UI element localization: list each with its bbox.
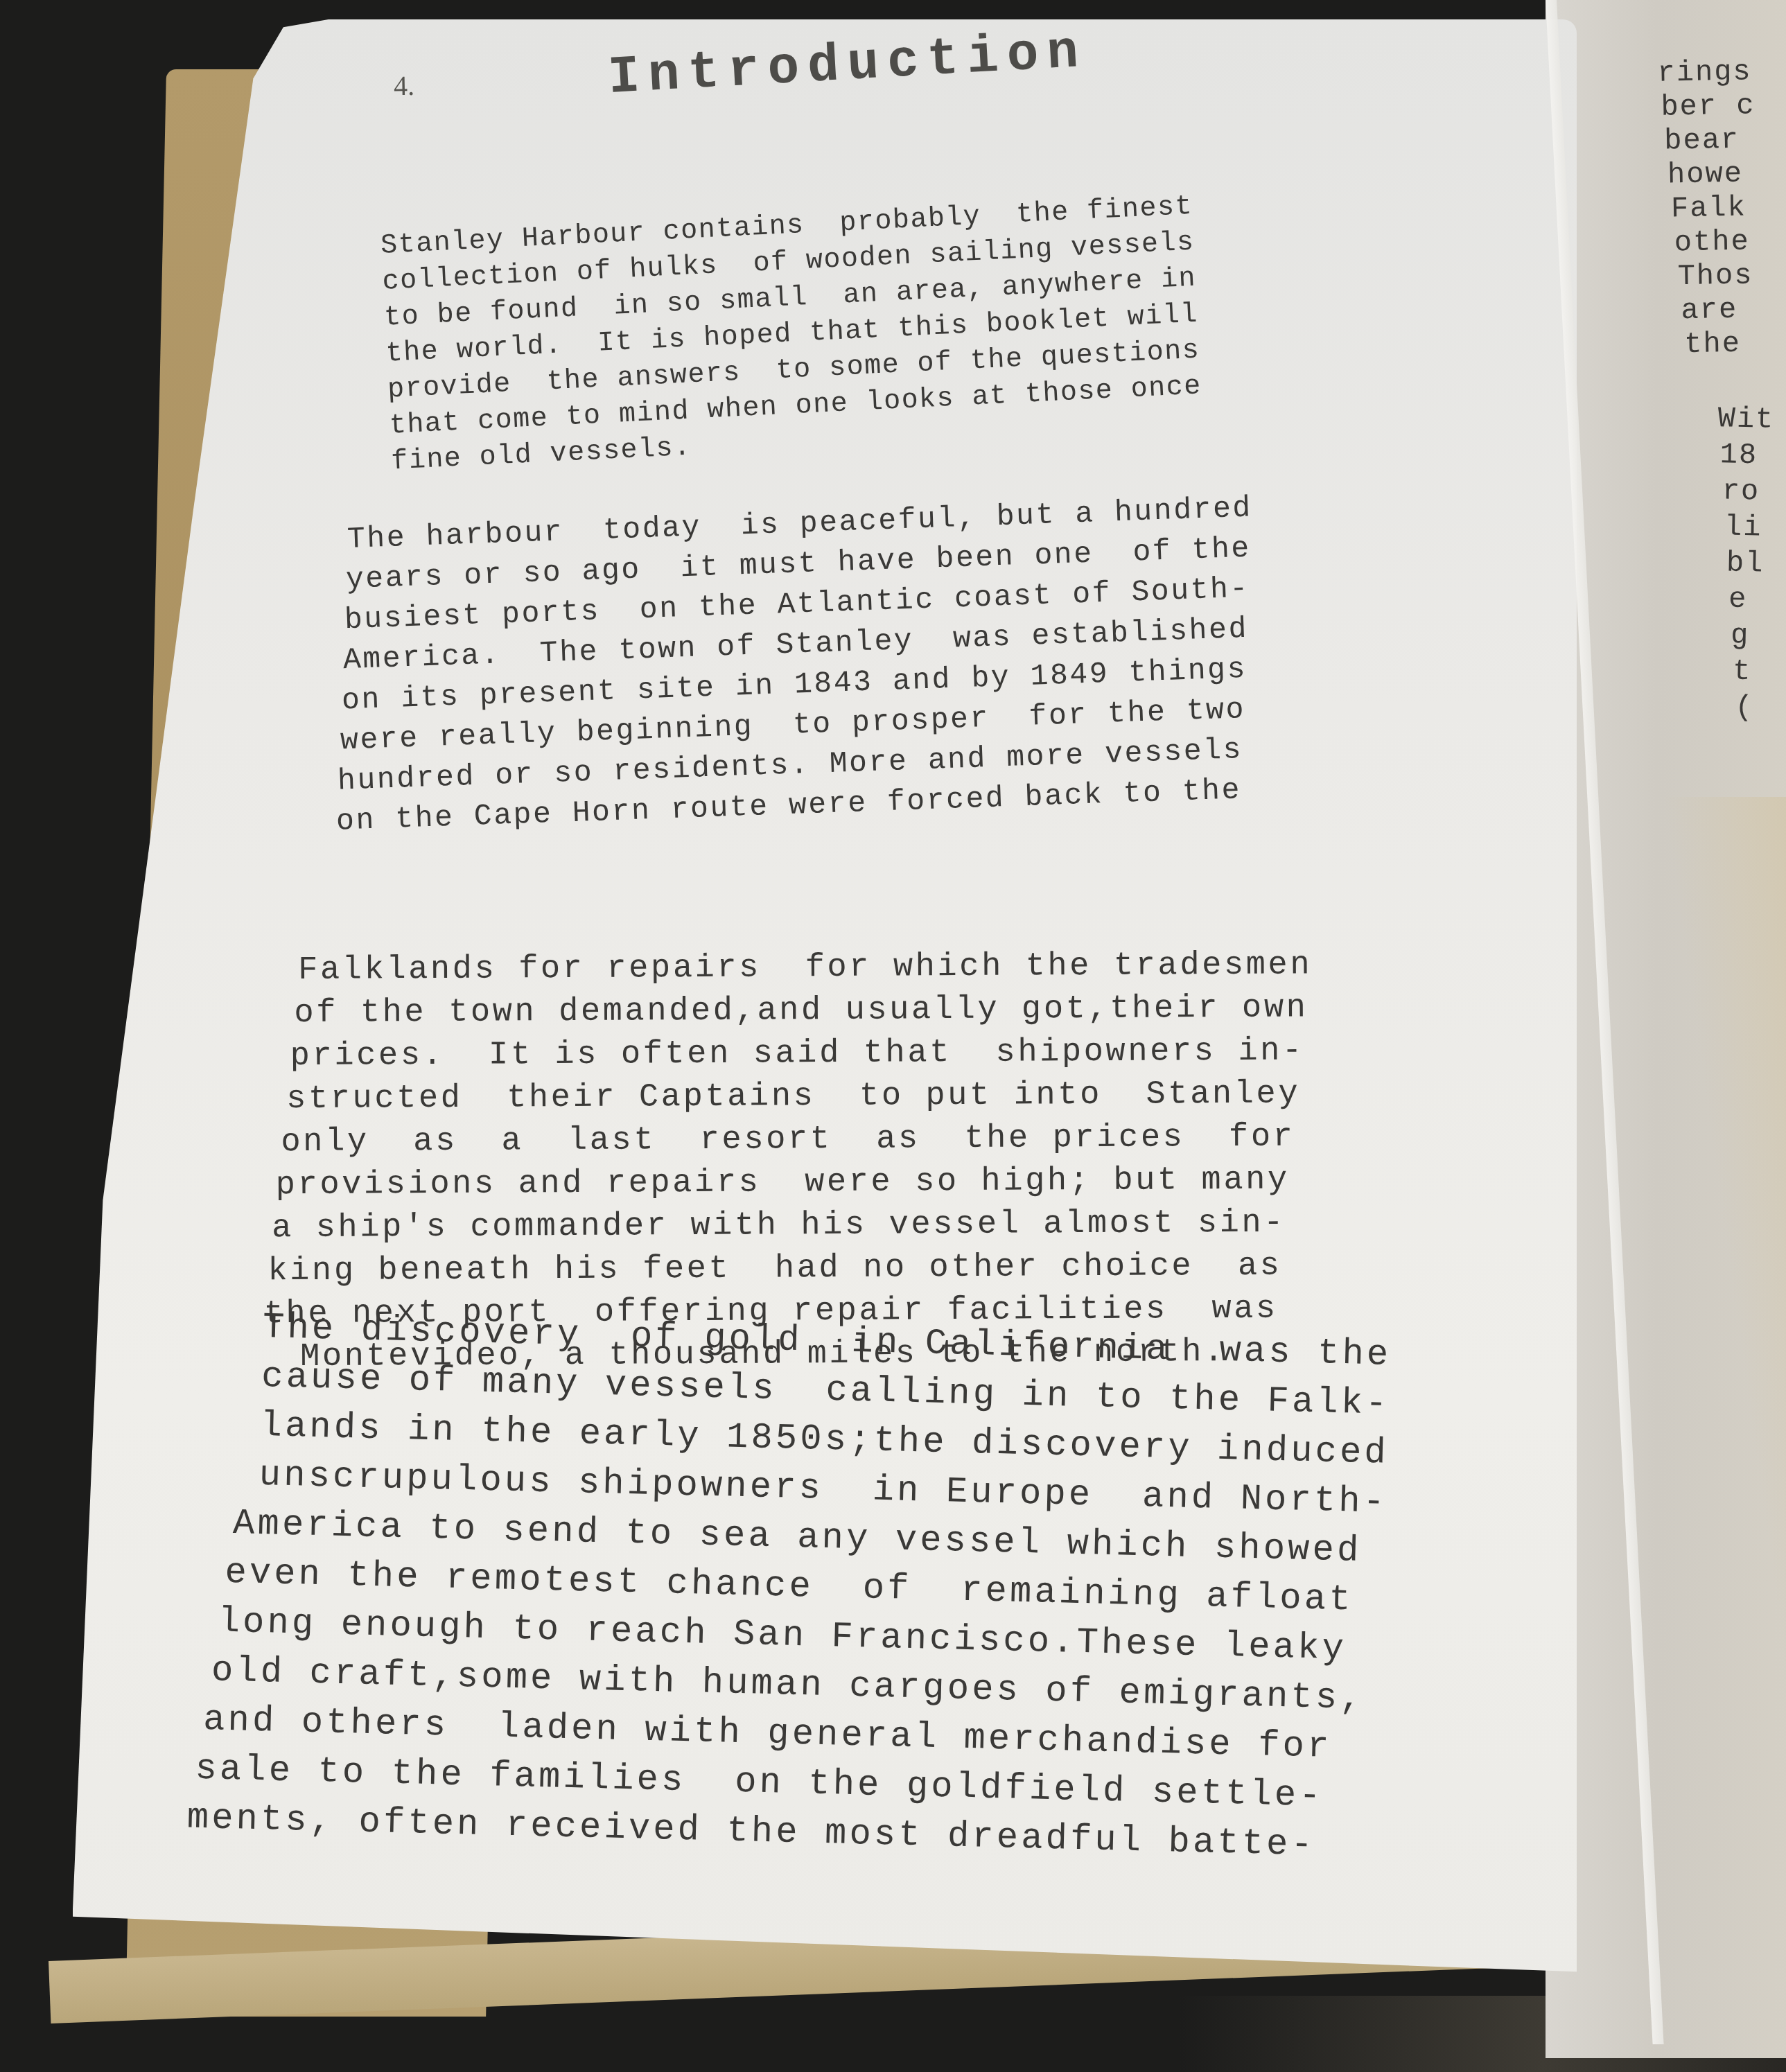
text-line: prices. It is often said that shipowners…: [290, 1030, 1313, 1078]
paragraph-harbour-history: The harbour today is peaceful, but a hun…: [347, 488, 1263, 841]
text-line: Falklands for repairs for which the trad…: [298, 944, 1312, 992]
text-line: only as a last resort as the prices for: [281, 1116, 1313, 1164]
text-line: provisions and repairs were so high; but…: [276, 1159, 1313, 1207]
page-number: 4.: [394, 69, 415, 103]
paragraph-intro: Stanley Harbour contains probably the fi…: [380, 189, 1205, 481]
text-line: a ship's commander with his vessel almos…: [272, 1202, 1313, 1250]
page-title: Introduction: [606, 22, 1088, 108]
paragraph-gold-rush: The discovery of gold in California was …: [250, 1303, 1392, 1872]
text-line: of the town demanded,and usually got,the…: [294, 987, 1312, 1035]
text-line: king beneath his feet had no other choic…: [268, 1245, 1313, 1293]
text-line: structed their Captains to put into Stan…: [286, 1073, 1313, 1121]
page-content: 4. Introduction Stanley Harbour contains…: [0, 0, 1786, 2072]
